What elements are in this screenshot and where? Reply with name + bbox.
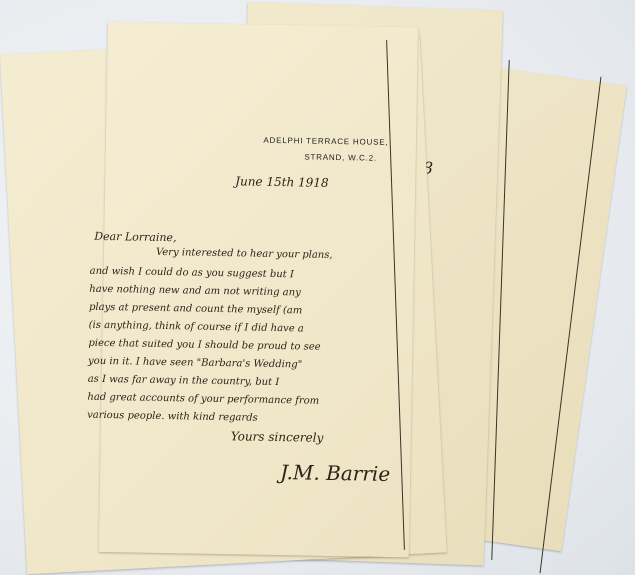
body-line: and wish I could do as you suggest but I	[90, 266, 294, 281]
letterhead-line2: STRAND, W.C.2.	[246, 148, 406, 167]
letter-closing: Yours sincerely	[231, 429, 324, 445]
body-line: you in it. I have seen "Barbara's Weddin…	[88, 356, 302, 371]
letterhead-front: ADELPHI TERRACE HOUSE, STRAND, W.C.2.	[246, 132, 407, 167]
letter-signature: J.M. Barrie	[280, 460, 390, 486]
body-line: had great accounts of your performance f…	[87, 392, 319, 407]
body-line: plays at present and count the myself (a…	[89, 302, 302, 317]
letter-sheet-front: ADELPHI TERRACE HOUSE, STRAND, W.C.2. Ju…	[99, 22, 418, 557]
body-line: as I was far away in the country, but I	[88, 374, 280, 388]
body-line: have nothing new and am not writing any	[89, 284, 301, 299]
letter-salutation: Dear Lorraine,	[94, 230, 176, 244]
body-line: Very interested to hear your plans,	[156, 247, 333, 261]
letterhead-line1: ADELPHI TERRACE HOUSE,	[246, 132, 406, 151]
body-line: (is anything, think of course if I did h…	[89, 320, 304, 335]
body-line: various people. with kind regards	[87, 410, 258, 424]
letter-date: June 15th 1918	[235, 174, 329, 190]
body-line: piece that suited you I should be proud …	[88, 338, 320, 353]
